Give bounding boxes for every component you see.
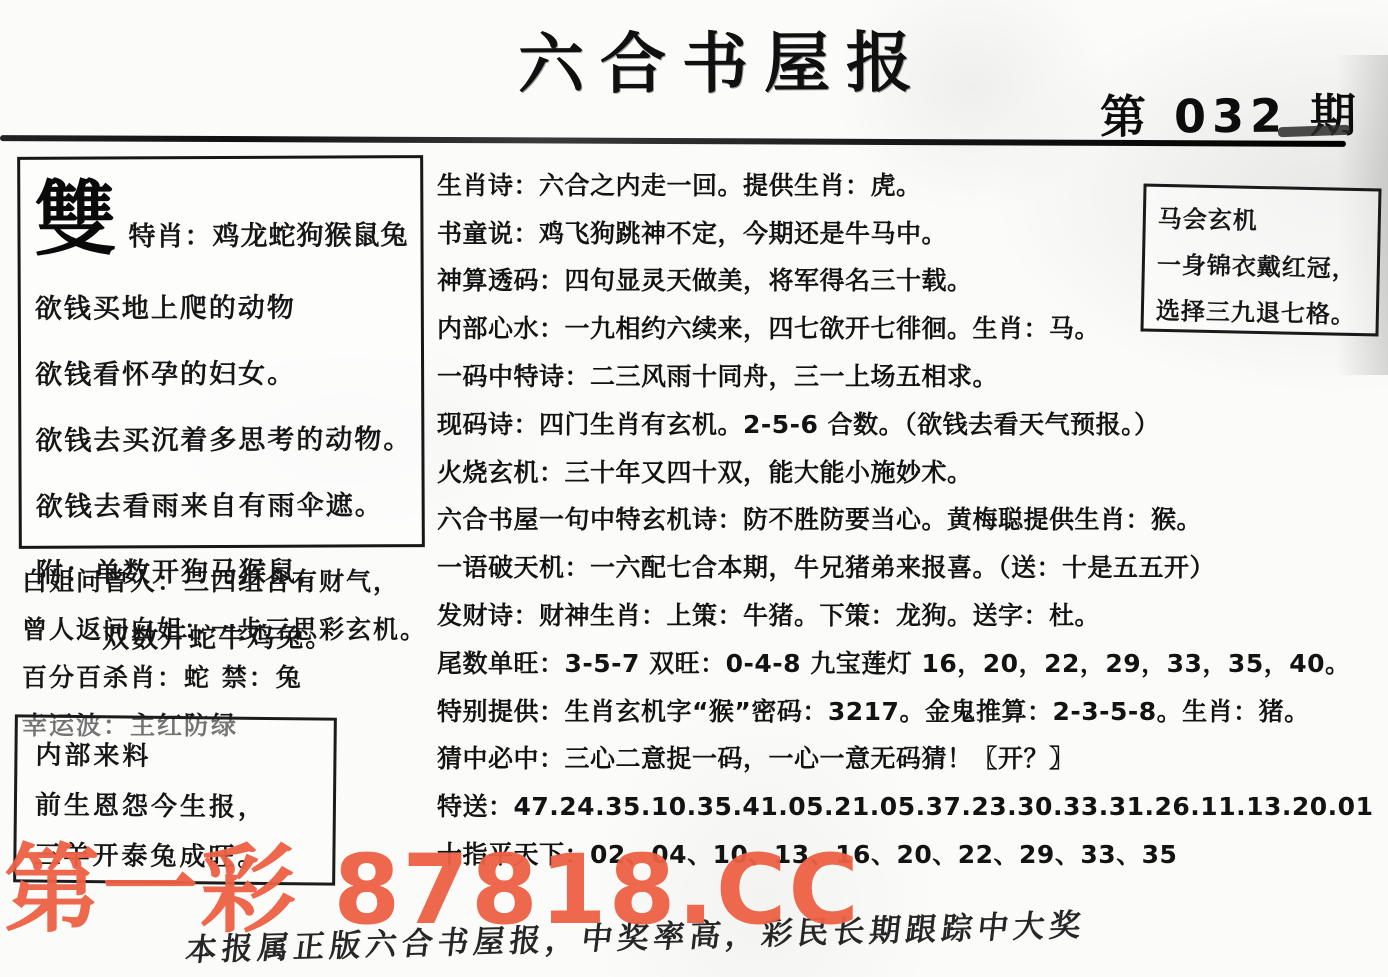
page-title: 六合书屋报 [518, 13, 1019, 115]
side-box-line: 选择三九退七格。 [1155, 285, 1376, 336]
poem-line: 欲钱去看雨来自有雨伞遮。 [36, 483, 418, 524]
main-tip-line: 特送：47.24.35.10.35.41.05.21.05.37.23.30.3… [437, 781, 1367, 829]
tip-line: 曾人返问白姐：一步三思彩玄机。 [22, 604, 432, 652]
special-zodiac-headline: 特肖：鸡龙蛇狗猴鼠兔 [128, 213, 408, 253]
horse-club-mystery-box: 马会玄机 一身锦衣戴红冠， 选择三九退七格。 [1140, 184, 1381, 337]
internal-info-line: 前生恩怨今生报， [35, 778, 334, 831]
poem-line: 欲钱去买沉着多思考的动物。 [35, 417, 417, 458]
side-box-line: 马会玄机 [1157, 193, 1378, 244]
side-box-line: 一身锦衣戴红冠， [1156, 239, 1377, 290]
main-tip-line: 火烧玄机：三十年又四十双，能大能小施妙术。 [437, 447, 1367, 495]
main-tip-line: 六合书屋一句中特玄机诗：防不胜防要当心。黄梅聪提供生肖：猴。 [437, 495, 1367, 543]
double-character: 雙 [34, 182, 116, 260]
tip-line: 白姐问曾人：三四组合有财气， [22, 556, 432, 604]
internal-info-line: 内部来料 [35, 728, 334, 781]
poem-line: 欲钱看怀孕的妇女。 [35, 351, 417, 392]
main-tip-line: 现码诗：四门生肖有玄机。2-5-6 合数。（欲钱去看天气预报。） [437, 399, 1367, 447]
main-tip-line: 一语破天机：一六配七合本期，牛兄猪弟来报喜。（送：十是五五开） [437, 542, 1367, 590]
watermark-site-url: 第一彩 87818.CC [4, 842, 861, 938]
poem-line: 欲钱买地上爬的动物 [35, 285, 417, 326]
main-tip-line: 特别提供：生肖玄机字“猴”密码：3217。金鬼推算：2-3-5-8。生肖：猪。 [437, 686, 1367, 734]
main-tip-line: 尾数单旺：3-5-7 双旺：0-4-8 九宝莲灯 16，20，22，29，33，… [437, 638, 1367, 686]
tip-line: 百分百杀肖：蛇 禁：兔 [22, 652, 432, 700]
special-zodiac-headline-row: 雙 特肖：鸡龙蛇狗猴鼠兔 [34, 164, 416, 260]
special-zodiac-box: 雙 特肖：鸡龙蛇狗猴鼠兔 欲钱买地上爬的动物 欲钱看怀孕的妇女。 欲钱去买沉着多… [17, 155, 425, 549]
main-tip-line: 发财诗：财神生肖：上策：牛猪。下策：龙狗。送字：杜。 [437, 590, 1367, 638]
issue-number: 第 032 期 [1100, 79, 1363, 147]
main-tip-line: 一码中特诗：二三风雨十同舟，三一上场五相求。 [437, 351, 1367, 399]
main-tip-line: 猜中必中：三心二意捉一码，一心一意无码猜！〖开？〗 [437, 734, 1367, 782]
